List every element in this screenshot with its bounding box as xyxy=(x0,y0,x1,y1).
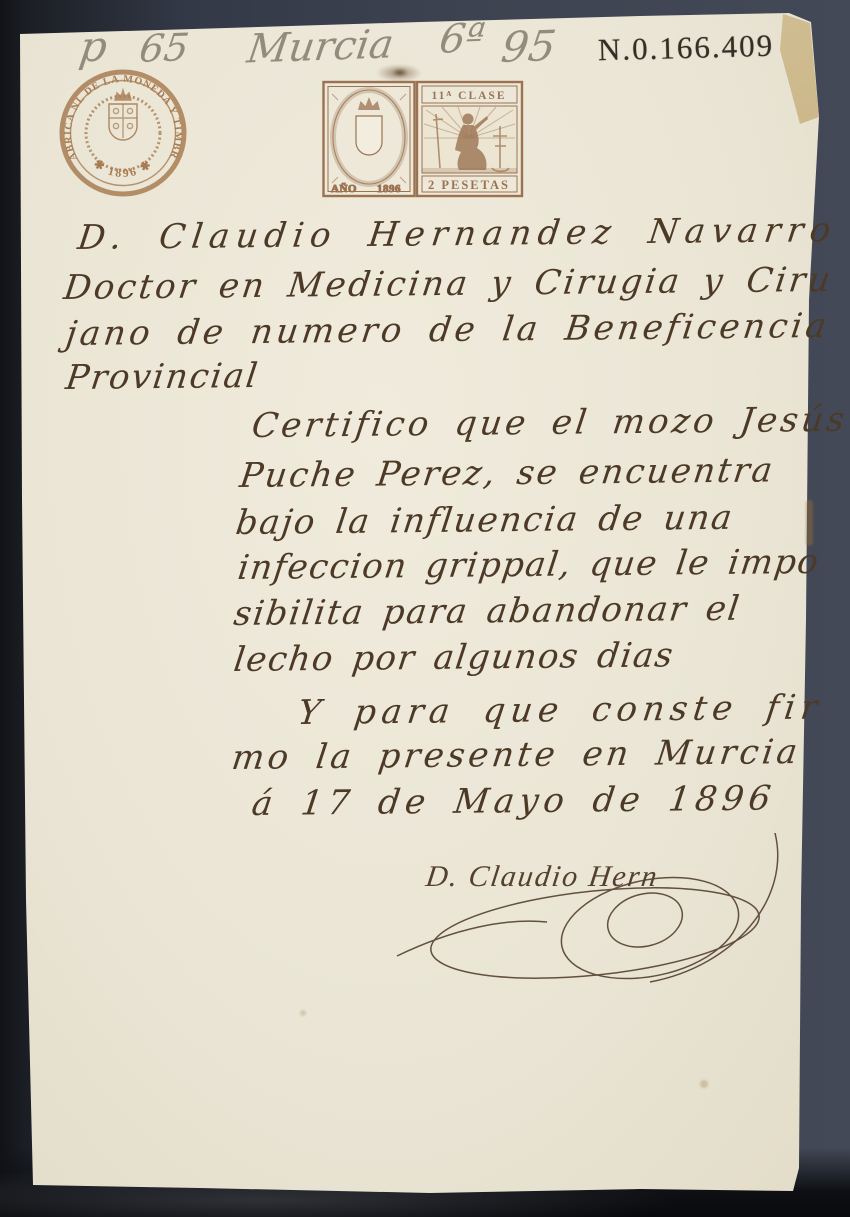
handwritten-line: Certifico que el mozo Jesús xyxy=(249,400,850,446)
ink-smudge-core xyxy=(392,68,408,77)
stamp-blank-shield xyxy=(356,116,382,155)
photographed-document: p 65 Murcia 6ª 95 N.0.166.409 FABRICA NL… xyxy=(0,0,850,1217)
revenue-stamp: AÑO 1896 11ᴬ CLASE 2 PESETAS xyxy=(322,80,524,200)
stamp-class-label: 11ᴬ CLASE xyxy=(432,90,507,102)
stamp-value-label: 2 PESETAS xyxy=(428,178,510,192)
svg-text:✱ 1896 ✱: ✱ 1896 ✱ xyxy=(91,156,155,180)
pencil-class-number: 6ª xyxy=(437,15,488,63)
signature-block: D. Claudio Hern xyxy=(395,828,815,1003)
handwritten-line: lecho por algunos dias xyxy=(231,635,676,680)
serial-number-stamp: N.0.166.409 xyxy=(598,28,775,69)
handwritten-line: Provincial xyxy=(63,356,261,398)
pencil-year-number: 95 xyxy=(498,21,559,72)
handwritten-line: Doctor en Medicina y Cirugia y Ciru xyxy=(61,260,835,308)
mint-embossed-seal: FABRICA NL DE LA MONEDA Y TIMBRE ✱ 1896 … xyxy=(56,66,190,200)
handwritten-line: bajo la influencia de una xyxy=(233,498,736,543)
handwritten-line: Y para que conste fir xyxy=(295,688,825,733)
seal-arc-text: FABRICA NL DE LA MONEDA Y TIMBRE xyxy=(56,66,183,162)
handwritten-line: jano de numero de la Beneficencia xyxy=(63,306,832,354)
handwritten-line: D. Claudio Hernandez Navarro xyxy=(75,210,839,258)
stamp-year-label: AÑO xyxy=(331,183,357,195)
handwritten-line: sibilita para abandonar el xyxy=(231,589,743,634)
revenue-stamp-right-panel: 11ᴬ CLASE 2 PESETAS xyxy=(417,82,522,196)
revenue-stamp-left-panel: AÑO 1896 xyxy=(324,82,415,196)
handwritten-line: mo la presente en Murcia xyxy=(229,732,803,778)
pencil-number: 65 xyxy=(137,25,192,71)
stamp-year-value: 1896 xyxy=(377,183,401,195)
seal-crown-icon xyxy=(115,90,131,100)
stamp-crown-icon xyxy=(358,97,380,110)
handwritten-line: infeccion grippal, que le impo xyxy=(235,542,822,588)
pencil-place-name: Murcia xyxy=(244,21,396,72)
seal-year-text: ✱ 1896 ✱ xyxy=(91,156,155,180)
svg-text:FABRICA NL DE LA MONEDA Y TIMB: FABRICA NL DE LA MONEDA Y TIMBRE xyxy=(56,66,183,162)
fox-spot xyxy=(700,1080,708,1088)
edge-deckle-mark xyxy=(806,500,813,546)
handwritten-line: Puche Perez, se encuentra xyxy=(237,450,777,496)
fox-spot xyxy=(300,1010,306,1016)
signature-rubric-flourish xyxy=(397,833,778,994)
handwritten-line: á 17 de Mayo de 1896 xyxy=(249,779,778,824)
